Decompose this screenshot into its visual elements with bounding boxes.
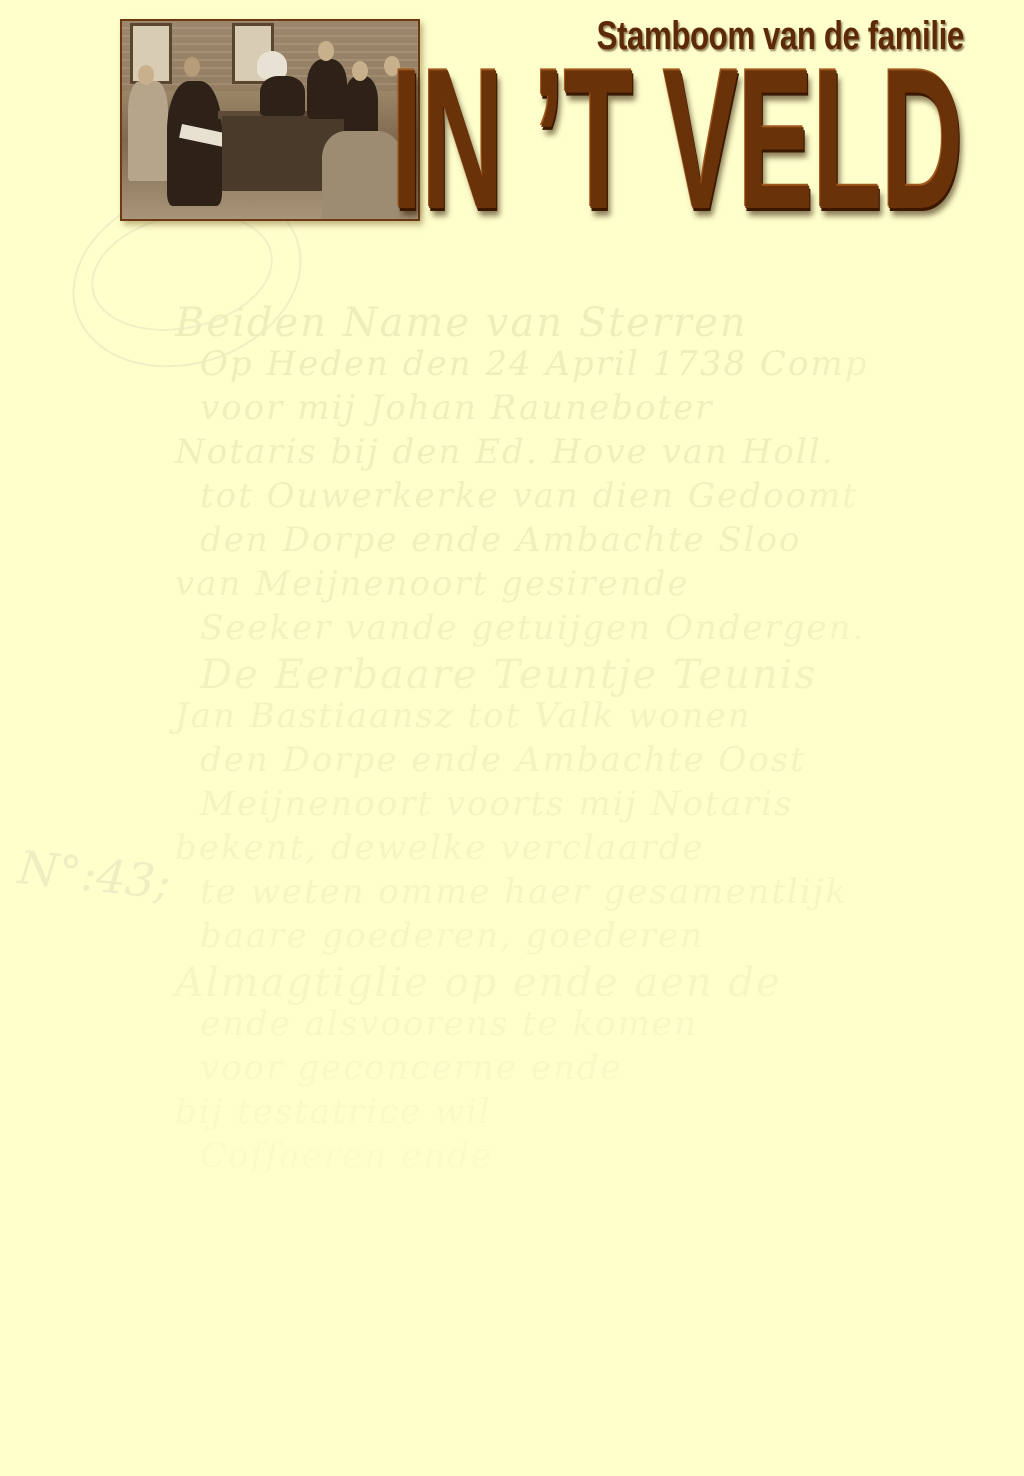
figure-head — [318, 41, 334, 61]
figure-head — [184, 57, 200, 77]
watermark-line: te weten omme haer gesamentlijk — [200, 872, 848, 912]
site-title: IN ’T VELD — [391, 40, 962, 240]
watermark-line: Op Heden den 24 April 1738 Comp — [200, 344, 868, 384]
watermark-line: bij testatrice wil — [175, 1092, 492, 1132]
watermark-line: voor geconcerne ende — [200, 1048, 623, 1088]
watermark-line: baare goederen, goederen — [200, 916, 704, 956]
figure-head — [352, 61, 368, 81]
bonnet — [257, 51, 287, 79]
watermark-line: van Meijnenoort gesirende — [175, 564, 689, 604]
watermark-number: N°:43; — [16, 840, 174, 910]
figure-head — [138, 65, 154, 85]
watermark-line: bekent, dewelke verclaarde — [175, 828, 704, 868]
watermark-line: Beiden Name van Sterren — [175, 300, 748, 346]
watermark-line: den Dorpe ende Ambachte Sloo — [200, 520, 801, 560]
watermark-line: Coffaeren ende — [200, 1136, 493, 1176]
watermark-line: Meijnenoort voorts mij Notaris — [200, 784, 793, 824]
figure-boy-standing — [307, 59, 347, 119]
watermark-line: Jan Bastiaansz tot Valk wonen — [175, 696, 752, 736]
watermark-line: Notaris bij den Ed. Hove van Holl. — [175, 432, 834, 472]
watermark-line: tot Ouwerkerke van dien Gedoomt — [200, 476, 858, 516]
watermark-line: ende alsvoorens te komen — [200, 1004, 698, 1044]
watermark-fade-bottom — [0, 1050, 1024, 1380]
watermark-line: voor mij Johan Rauneboter — [200, 388, 713, 428]
figure-woman-seated — [260, 76, 305, 116]
watermark-line: Seeker vande getuijgen Ondergen. — [200, 608, 865, 648]
figure-boy — [344, 76, 378, 136]
watermark-line: De Eerbaare Teuntje Teunis — [200, 652, 817, 698]
watermark-line: Almagtiglie op ende aen de — [175, 960, 782, 1006]
watermark-line: den Dorpe ende Ambachte Oost — [200, 740, 806, 780]
family-photo — [120, 19, 420, 221]
watermark-fade-right — [804, 250, 1024, 1250]
figure-girl — [128, 81, 168, 181]
